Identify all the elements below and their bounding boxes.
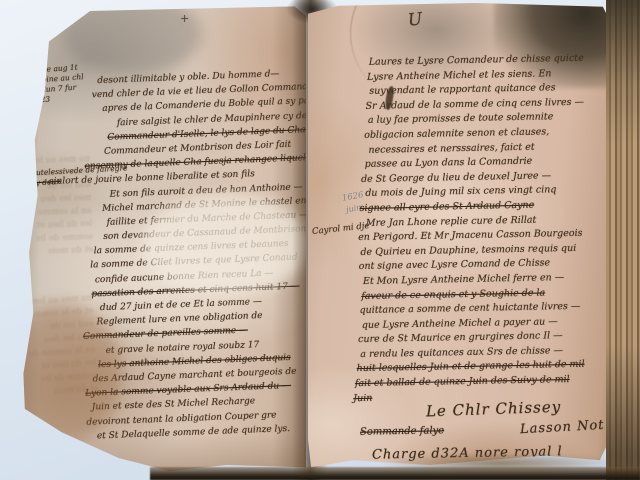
signature-struck: Sommande falye [360, 425, 444, 437]
signature-chissey: Le Chlr Chissey [426, 398, 562, 421]
dark-bottom-edge [150, 467, 640, 480]
folio-mark: U [407, 9, 423, 30]
brown-stain [2, 304, 122, 444]
right-page-text: Laures te Lysre Comandeur de chisse quic… [339, 52, 591, 407]
signature-lasson: Lasson Not [520, 418, 605, 437]
book-fore-edge [606, 0, 640, 480]
manuscript-photo: nu mes au lonet de la sommeaud los demes… [0, 0, 640, 480]
water-stain [142, 194, 312, 294]
right-page: U 1626 juin Cayrol mi dje Laures te Lysr… [308, 2, 612, 472]
left-page: nu mes au lonet de la sommeaud los demes… [22, 4, 306, 472]
